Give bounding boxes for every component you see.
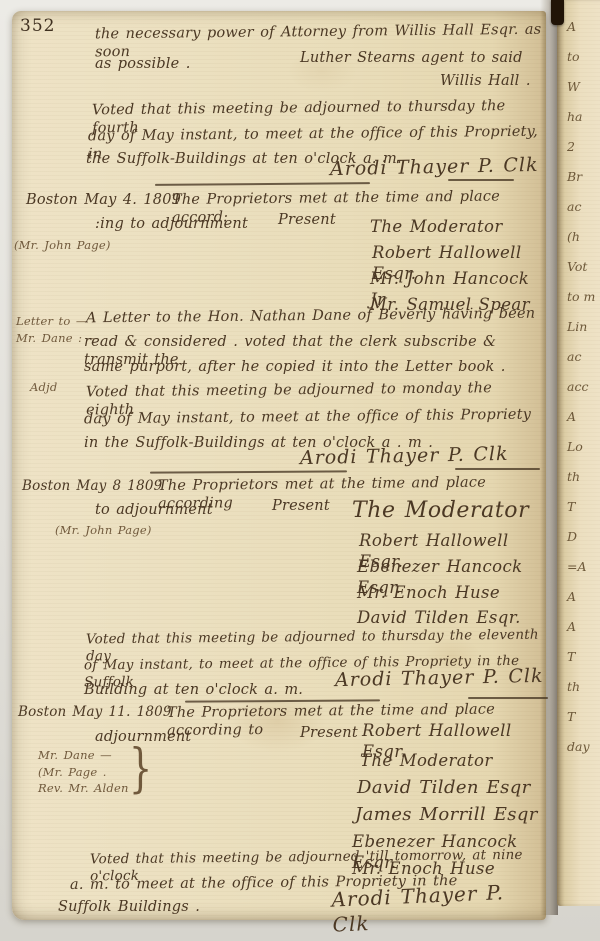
entry-may4-present-label: Present [278,211,336,229]
vote3-line-3: Building at ten o'clock a. m. [84,681,303,699]
vote4-line-3: Suffolk Buildings . [58,898,200,916]
attendee-name: James Morrill Esqr [355,804,538,827]
margin-brace: } [129,739,152,799]
letter-line-1: A Letter to the Hon. Nathan Dane of Beve… [86,305,535,328]
entry-may8-dateline: Boston May 8 1809 [22,478,162,495]
facing-page-text-fragments: A to W ha 2 Br ac (h Vot to m Lin ac acc… [567,12,600,762]
clerk-signature-2: Arodi Thayer P. Clk [300,443,509,471]
attendee-name: Mr. Enoch Huse [357,583,500,604]
divider-rule [455,468,540,470]
continuation-line-2: as possible . [95,55,191,73]
clerk-signature-3: Arodi Thayer P. Clk [335,665,544,693]
attendee-name: The Moderator [370,217,503,238]
adjourned-margin-note: Adjd [30,379,57,396]
entry-may11-dateline: Boston May 11. 1809 [18,704,172,721]
entry-may8-present-label: Present [272,497,330,515]
book-gutter-shadow [540,0,558,915]
binding-mark [551,0,564,25]
entry-may8-margin-note: (Mr. John Page) [55,522,152,539]
attendee-name: David Tilden Esqr [357,777,531,800]
entry-may4-opening-2: :ing to adjournment [95,215,248,233]
attendee-name: David Tilden Esqr. [357,608,521,629]
entry-may11-margin-notes: Mr. Dane — (Mr. Page . Rev. Mr. Alden [38,747,129,797]
attendee-name: The Moderator [360,751,493,772]
entry-may4-dateline: Boston May 4. 1809 [26,191,181,209]
agent-line-1: Luther Stearns agent to said [300,49,523,67]
manuscript-page: 352 the necessary power of Attorney from… [12,11,546,920]
page-number: 352 [20,16,55,37]
vote2-line-2: day of May instant, to meet at the offic… [84,406,531,429]
divider-rule [468,697,548,699]
divider-rule [155,182,370,186]
divider-rule [448,179,514,181]
entry-may4-margin-note: (Mr. John Page) [14,237,111,254]
clerk-signature-1: Arodi Thayer P. Clk [330,154,539,182]
clerk-signature-4: Arodi Thayer P. Clk [331,878,547,937]
agent-line-2: Willis Hall . [440,72,531,90]
entry-may11-present-label: Present [300,724,358,742]
entry-may8-opening-2: to adjournment [95,501,213,519]
divider-rule [150,470,347,473]
letter-line-3: same purport, after he copied it into th… [84,358,506,376]
attendee-name: The Moderator [352,497,529,525]
